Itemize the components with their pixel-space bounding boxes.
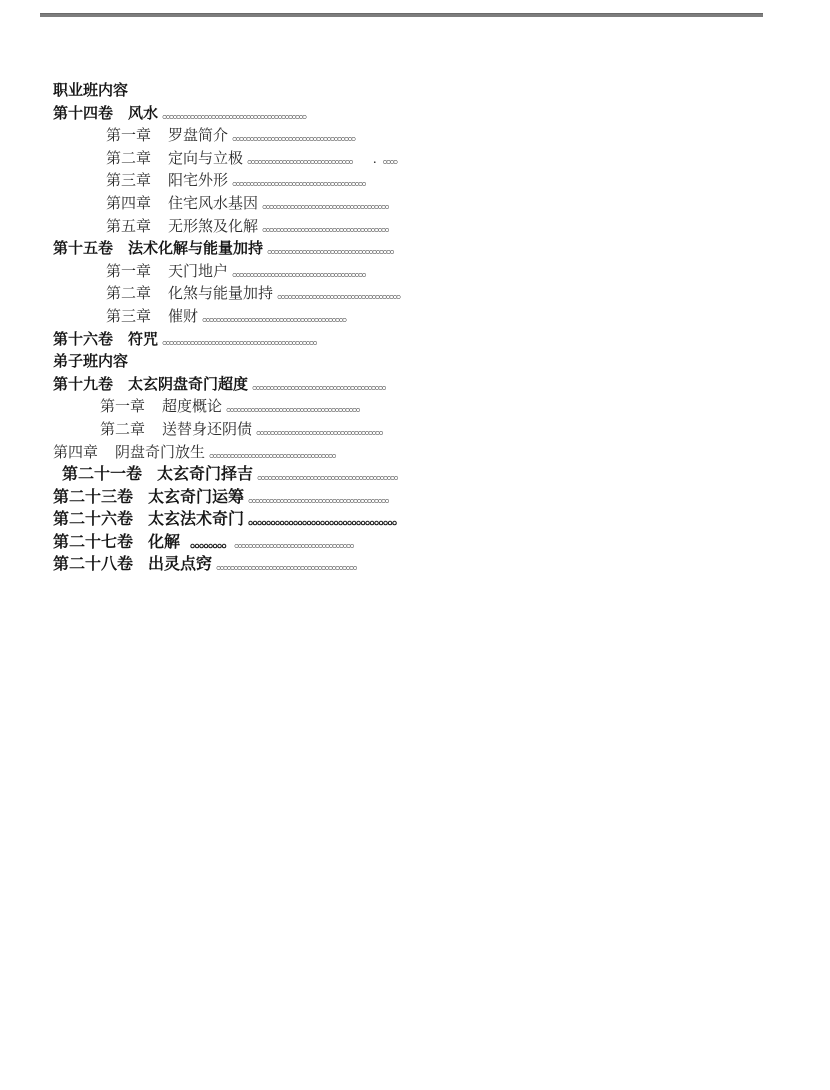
section-heading-label: 职业班内容 — [53, 80, 128, 103]
dot-leader: 。。。。。。。。。。。。。。。。。。。。。。。。。。。。。。。。。。。。。。。。 — [257, 465, 404, 487]
entry-number: 第二十三卷 — [53, 487, 133, 510]
toc-entry-chapter: 第三章 催财 。。。。。。。。。。。。。。。。。。。。。。。。。。。。。。。。。… — [0, 306, 800, 329]
dot-leader: 。。。。。。。。。。。。。。。。。。。。。。。。。。。。。。。。。。。。。。 — [226, 397, 366, 419]
dot-leader-bold: 。。。。。。。。。。。。。。。。。。。。。。。。。。。。。。。。。 — [248, 510, 404, 532]
dot-leader: 。。。。。。。。。。。。。。。。。。。。。。。。。。。。。。。。。。。。。。 — [252, 375, 392, 397]
entry-title: 太玄奇门运筹 — [148, 487, 244, 510]
dot-leader: 。。。。。。。。。。。。。。。。。。。。。。。。。。。。。。。。。。。。。。 — [232, 171, 372, 193]
entry-title: 超度概论 — [162, 396, 222, 419]
toc-entry-chapter: 第四章 住宅风水基因 。。。。。。。。。。。。。。。。。。。。。。。。。。。。。… — [0, 193, 800, 216]
dot-leader: 。。。。。。。。。。。。。。。。。。。。。。。。。。。。。。。。。。。 — [232, 126, 362, 148]
section-heading-disciple-class: 弟子班内容 — [0, 351, 800, 374]
entry-number: 第三章 — [106, 170, 151, 193]
dot-leader: 。。。。 — [383, 149, 404, 171]
entry-title: 化解 — [148, 532, 180, 555]
dot-leader: 。。。。。。。。。。。。。。。。。。。。。。。。。。。。。。。。。。。。。。。。… — [162, 104, 313, 126]
entry-title: 出灵点窍 — [148, 554, 212, 577]
toc-entry-chapter: 第一章 罗盘简介 。。。。。。。。。。。。。。。。。。。。。。。。。。。。。。。… — [0, 125, 800, 148]
entry-title: 太玄阴盘奇门超度 — [128, 374, 248, 397]
dot-leader: 。。。。。。。。。。。。。。。。。。。。。。。。。。。。。。。。。。。。。。。。… — [202, 307, 353, 329]
entry-title: 化煞与能量加持 — [168, 283, 273, 306]
toc-entry-volume: 第十五卷 法术化解与能量加持 。。。。。。。。。。。。。。。。。。。。。。。。。… — [0, 238, 800, 261]
entry-title: 催财 — [168, 306, 198, 329]
dot-leader: 。。。。。。。。。。。。。。。。。。。。。。。。。。。。。。。。。。。。。。。。… — [162, 330, 323, 352]
dot-leader: 。。。。。。。。。。。。。。。。。。。。。。。。。。。。。。。。。。。。 — [267, 239, 400, 261]
toc-entry-chapter: 第四章 阴盘奇门放生 。。。。。。。。。。。。。。。。。。。。。。。。。。。。。… — [0, 442, 800, 465]
entry-number: 第一章 — [106, 261, 151, 284]
toc-entry-volume: 第十四卷 风水 。。。。。。。。。。。。。。。。。。。。。。。。。。。。。。。。… — [0, 103, 800, 126]
toc-entry-chapter: 第二章 化煞与能量加持 。。。。。。。。。。。。。。。。。。。。。。。。。。。。… — [0, 283, 800, 306]
section-heading-label: 弟子班内容 — [53, 351, 128, 374]
entry-title: 无形煞及化解 — [168, 216, 258, 239]
dot-leader: 。。。。。。。。。。。。。。。。。。。。。。。。。。。。。。。。。。。。 — [256, 420, 389, 442]
entry-number: 第四章 — [53, 442, 98, 465]
entry-number: 第二章 — [106, 283, 151, 306]
entry-title: 阴盘奇门放生 — [115, 442, 205, 465]
entry-number: 第二章 — [106, 148, 151, 171]
dot-leader: 。。。。。。。。。。。。。。。。。。。。。。。。。。。。。。。。。。。。 — [209, 443, 342, 465]
toc-entry-chapter: 第五章 无形煞及化解 。。。。。。。。。。。。。。。。。。。。。。。。。。。。。… — [0, 216, 800, 239]
entry-number: 第一章 — [106, 125, 151, 148]
entry-number: 第二十七卷 — [53, 532, 133, 555]
toc-entry-chapter: 第二章 送替身还阴债 。。。。。。。。。。。。。。。。。。。。。。。。。。。。。… — [0, 419, 800, 442]
entry-title: 天门地户 — [168, 261, 228, 284]
entry-title: 阳宅外形 — [168, 170, 228, 193]
dot-leader-bold: 。。。。。。。。 — [190, 533, 233, 555]
dot-leader: 。。。。。。。。。。。。。。。。。。。。。。。。。。。。。。。。。。。。 — [262, 194, 395, 216]
dot-leader: 。。。。。。。。。。。。。。。。。。。。。。。。。。。。。。。。。。。 — [277, 284, 407, 306]
toc-entry-chapter: 第一章 天门地户 。。。。。。。。。。。。。。。。。。。。。。。。。。。。。。。… — [0, 261, 800, 284]
entry-title: 住宅风水基因 — [168, 193, 258, 216]
entry-number: 第十五卷 — [53, 238, 113, 261]
entry-number: 第十六卷 — [53, 329, 113, 352]
toc-entry-volume: 第二十六卷 太玄法术奇门 。。。。。。。。。。。。。。。。。。。。。。。。。。。… — [0, 509, 800, 532]
entry-number: 第五章 — [106, 216, 151, 239]
entry-number: 第二章 — [100, 419, 145, 442]
toc-entry-volume: 第十九卷 太玄阴盘奇门超度 。。。。。。。。。。。。。。。。。。。。。。。。。。… — [0, 374, 800, 397]
dot-leader: 。。。。。。。。。。。。。。。。。。。。。。。。。。。。。。 — [247, 149, 359, 171]
entry-title: 法术化解与能量加持 — [128, 238, 263, 261]
toc-entry-volume: 第二十一卷 太玄奇门择吉 。。。。。。。。。。。。。。。。。。。。。。。。。。。… — [0, 464, 800, 487]
toc-entry-chapter: 第一章 超度概论 。。。。。。。。。。。。。。。。。。。。。。。。。。。。。。。… — [0, 396, 800, 419]
toc-entry-volume: 第二十八卷 出灵点窍 。。。。。。。。。。。。。。。。。。。。。。。。。。。。。… — [0, 554, 800, 577]
entry-number: 第十四卷 — [53, 103, 113, 126]
entry-number: 第四章 — [106, 193, 151, 216]
table-of-contents: 职业班内容 第十四卷 风水 。。。。。。。。。。。。。。。。。。。。。。。。。。… — [0, 80, 800, 577]
toc-entry-chapter: 第三章 阳宅外形 。。。。。。。。。。。。。。。。。。。。。。。。。。。。。。。… — [0, 170, 800, 193]
entry-title: 送替身还阴债 — [162, 419, 252, 442]
entry-number: 第一章 — [100, 396, 145, 419]
entry-number: 第二十八卷 — [53, 554, 133, 577]
entry-title: 罗盘简介 — [168, 125, 228, 148]
dot-leader: 。。。。。。。。。。。。。。。。。。。。。。。。。。。。。。。。。。。。。。。。 — [248, 488, 395, 510]
header-rule — [40, 13, 763, 17]
toc-entry-volume: 第二十三卷 太玄奇门运筹 。。。。。。。。。。。。。。。。。。。。。。。。。。。… — [0, 487, 800, 510]
dot-leader: 。。。。。。。。。。。。。。。。。。。。。。。。。。。。。。。。。。 — [234, 533, 360, 555]
entry-number: 第二十一卷 — [62, 464, 142, 487]
entry-title: 太玄奇门择吉 — [157, 464, 253, 487]
section-heading-professional-class: 职业班内容 — [0, 80, 800, 103]
dot-leader: 。。。。。。。。。。。。。。。。。。。。。。。。。。。。。。。。。。。。 — [262, 217, 395, 239]
toc-entry-volume: 第十六卷 符咒 。。。。。。。。。。。。。。。。。。。。。。。。。。。。。。。。… — [0, 329, 800, 352]
toc-entry-chapter: 第二章 定向与立极 。。。。。。。。。。。。。。。。。。。。。。。。。。。。。。… — [0, 148, 800, 171]
entry-title: 风水 — [128, 103, 158, 126]
entry-title: 太玄法术奇门 — [148, 509, 244, 532]
toc-entry-volume: 第二十七卷 化解 。。。。。。。。 。。。。。。。。。。。。。。。。。。。。。。… — [0, 532, 800, 555]
entry-number: 第三章 — [106, 306, 151, 329]
dot-leader: 。。。。。。。。。。。。。。。。。。。。。。。。。。。。。。。。。。。。。。 — [232, 262, 372, 284]
entry-number: 第十九卷 — [53, 374, 113, 397]
entry-number: 第二十六卷 — [53, 509, 133, 532]
dot-leader: 。。。。。。。。。。。。。。。。。。。。。。。。。。。。。。。。。。。。。。。。 — [216, 555, 363, 577]
entry-title: 定向与立极 — [168, 148, 243, 171]
entry-title: 符咒 — [128, 329, 158, 352]
stray-period: . — [373, 149, 377, 171]
